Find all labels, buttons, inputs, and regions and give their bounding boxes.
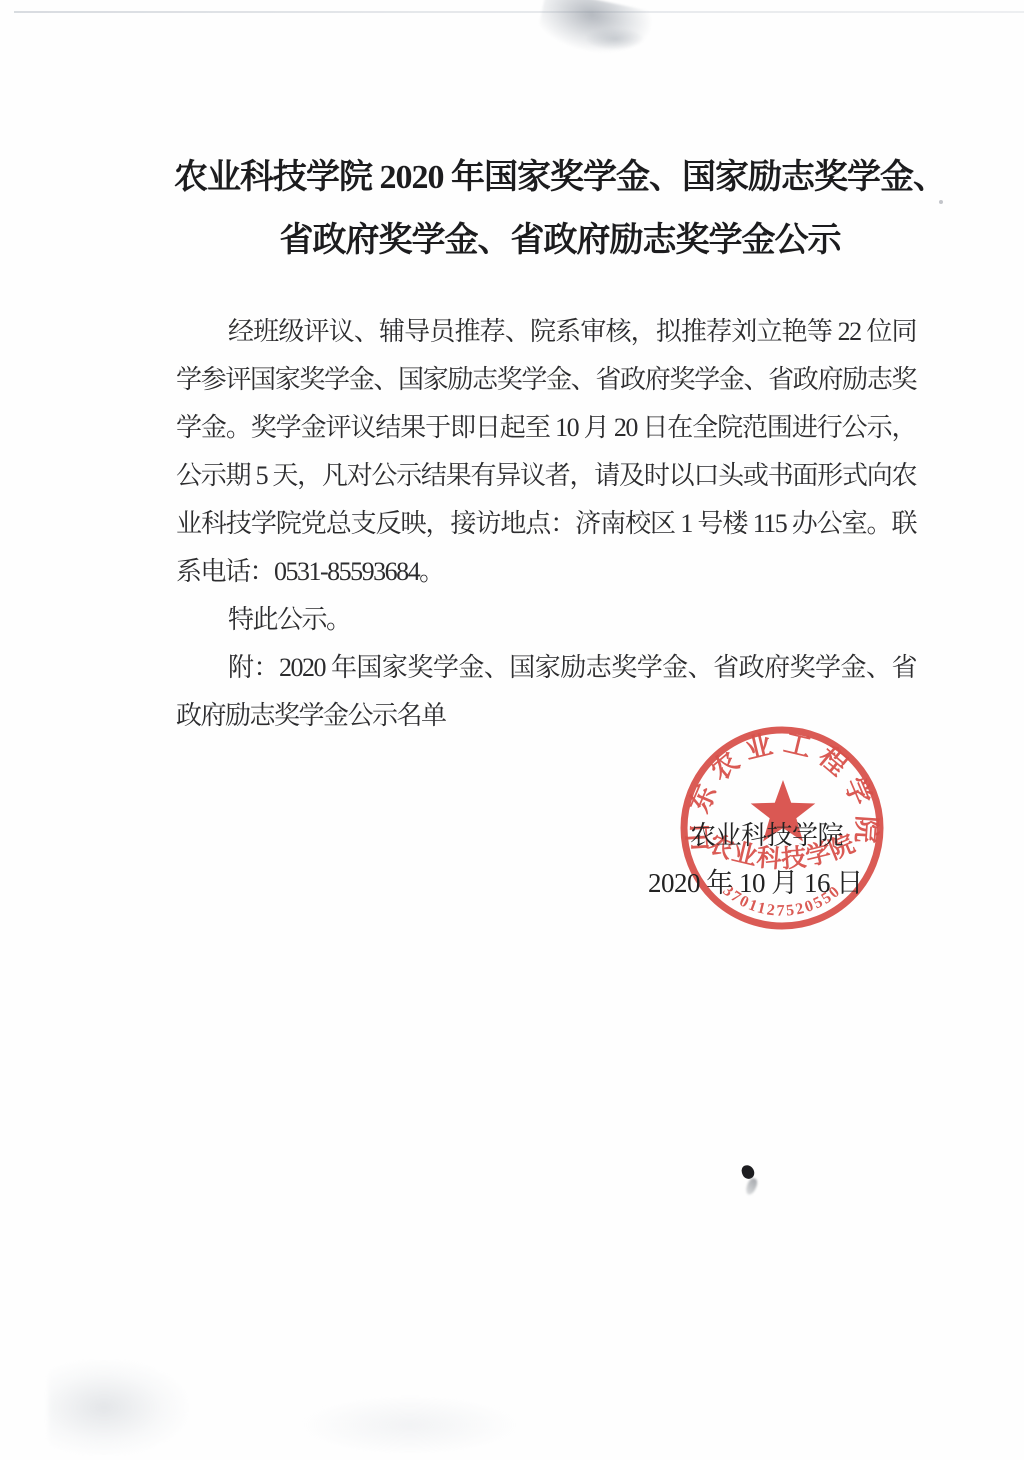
scan-smudge-bottom [300, 1395, 520, 1455]
signature-date: 2020 年 10 月 16 日 [648, 861, 863, 900]
document-title-line-2: 省政府奖学金、省政府励志奖学金公示 [60, 209, 1024, 272]
body-line: 特此公示。 [176, 596, 916, 644]
document-title-line-1: 农业科技学院 2020 年国家奖学金、国家励志奖学金、 [60, 146, 1024, 209]
body-line: 学金。奖学金评议结果于即日起至 10 月 20 日在全院范围进行公示， [176, 404, 916, 452]
scan-smudge-bottom-left [48, 1360, 188, 1455]
scanned-document-page: 农业科技学院 2020 年国家奖学金、国家励志奖学金、 省政府奖学金、省政府励志… [0, 0, 1024, 1460]
body-line: 系电话：0531-85593684。 [176, 548, 916, 596]
signature-institution: 农业科技学院 [690, 815, 843, 852]
body-line: 经班级评议、辅导员推荐、院系审核，拟推荐刘立艳等 22 位同 [176, 308, 916, 356]
document-title: 农业科技学院 2020 年国家奖学金、国家励志奖学金、 省政府奖学金、省政府励志… [60, 146, 1024, 272]
body-line: 学参评国家奖学金、国家励志奖学金、省政府奖学金、省政府励志奖 [176, 356, 916, 404]
document-body: 经班级评议、辅导员推荐、院系审核，拟推荐刘立艳等 22 位同 学参评国家奖学金、… [176, 308, 916, 740]
ink-speck-tail [744, 1177, 759, 1196]
scan-smudge-top-2 [585, 28, 645, 50]
scan-edge-line [14, 11, 1024, 13]
body-line: 公示期 5 天，凡对公示结果有异议者，请及时以口头或书面形式向农 [176, 452, 916, 500]
body-line: 附：2020 年国家奖学金、国家励志奖学金、省政府奖学金、省 [176, 644, 916, 692]
body-line: 业科技学院党总支反映，接访地点：济南校区 1 号楼 115 办公室。联 [176, 500, 916, 548]
